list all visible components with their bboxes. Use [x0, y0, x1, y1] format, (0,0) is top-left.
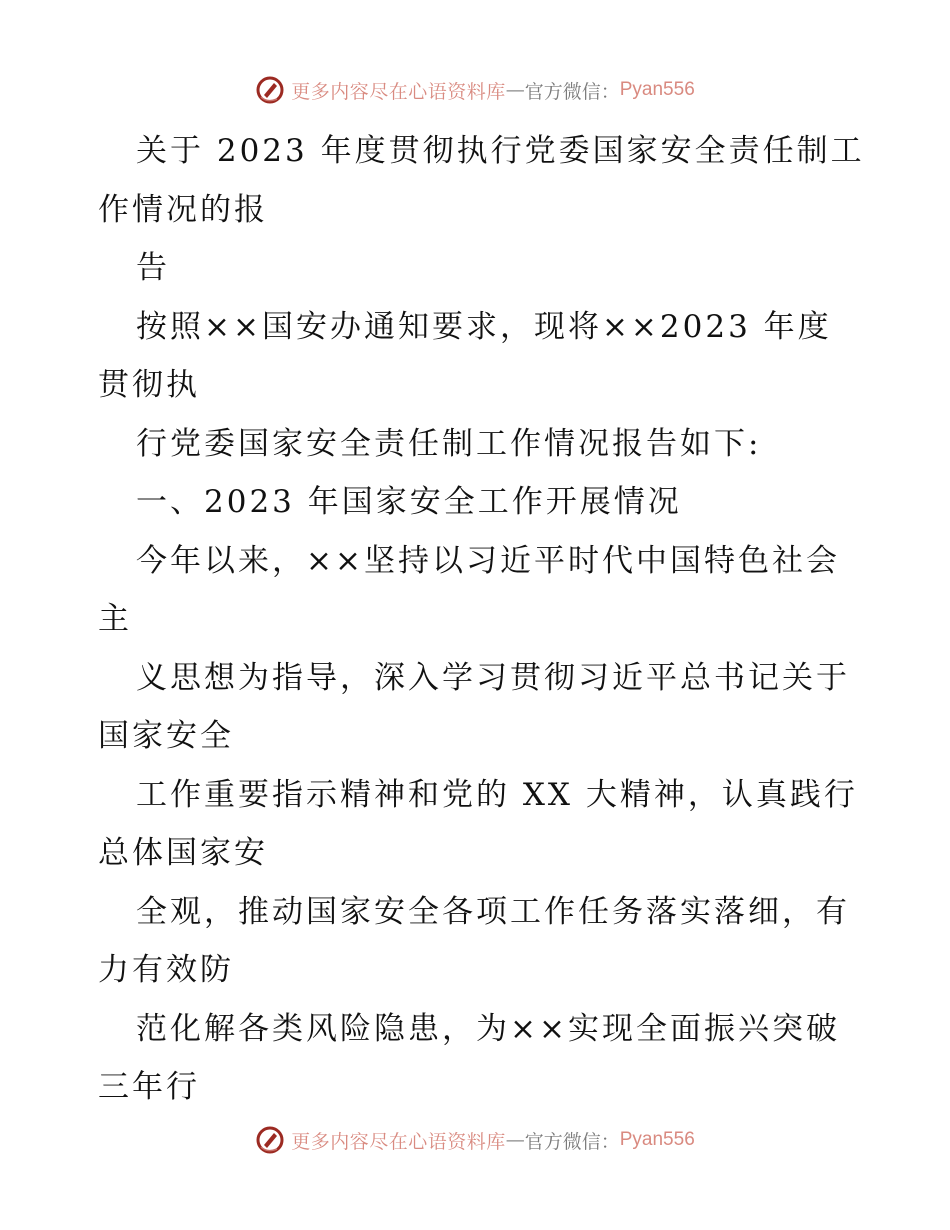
document-line: 义思想为指导，深入学习贯彻习近平总书记关于 [98, 649, 858, 708]
document-line: 告 [98, 239, 858, 298]
watermark-wechat-label: 官方微信： [525, 1127, 620, 1154]
pen-nib-logo-icon [255, 75, 285, 105]
document-line: 按照××国安办通知要求，现将××2023 年度 [98, 298, 858, 357]
watermark-dash: — [506, 1129, 525, 1151]
watermark-wechat-label: 官方微信： [525, 77, 620, 104]
document-line: 贯彻执 [98, 356, 858, 415]
document-line: 作情况的报 [98, 181, 858, 240]
watermark-wechat-id: Pyan556 [620, 1129, 695, 1151]
document-line: 今年以来，××坚持以习近平时代中国特色社会 [98, 532, 858, 591]
watermark-main-text: 更多内容尽在心语资料库 [291, 77, 506, 104]
pen-nib-logo-icon [255, 1125, 285, 1155]
footer-watermark: 更多内容尽在心语资料库 — 官方微信： Pyan556 [0, 1122, 950, 1158]
document-line: 全观，推动国家安全各项工作任务落实落细，有 [98, 883, 858, 942]
document-line: 力有效防 [98, 941, 858, 1000]
document-line: 工作重要指示精神和党的 XX 大精神，认真践行 [98, 766, 858, 825]
document-line: 主 [98, 590, 858, 649]
watermark-dash: — [506, 79, 525, 101]
document-line: 总体国家安 [98, 824, 858, 883]
document-line: 行党委国家安全责任制工作情况报告如下: [98, 415, 858, 474]
watermark-main-text: 更多内容尽在心语资料库 [291, 1127, 506, 1154]
section-heading: 一、2023 年国家安全工作开展情况 [98, 473, 858, 532]
header-watermark: 更多内容尽在心语资料库 — 官方微信： Pyan556 [0, 72, 950, 108]
document-line: 三年行 [98, 1058, 858, 1117]
document-body: 关于 2023 年度贯彻执行党委国家安全责任制工 作情况的报 告 按照××国安办… [98, 122, 858, 1117]
document-line: 关于 2023 年度贯彻执行党委国家安全责任制工 [98, 122, 858, 181]
document-line: 范化解各类风险隐患，为××实现全面振兴突破 [98, 1000, 858, 1059]
watermark-wechat-id: Pyan556 [620, 79, 695, 101]
document-line: 国家安全 [98, 707, 858, 766]
